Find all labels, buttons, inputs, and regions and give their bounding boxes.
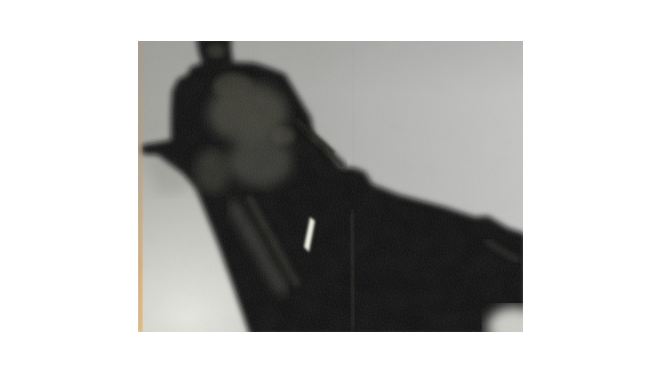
statue-photo-canvas: Dark statue of a standing figure (138, 41, 523, 332)
film-grain-overlay (138, 41, 523, 332)
page-background: Dark statue of a standing figure (0, 0, 660, 371)
statue-photo: Dark statue of a standing figure (138, 41, 523, 332)
